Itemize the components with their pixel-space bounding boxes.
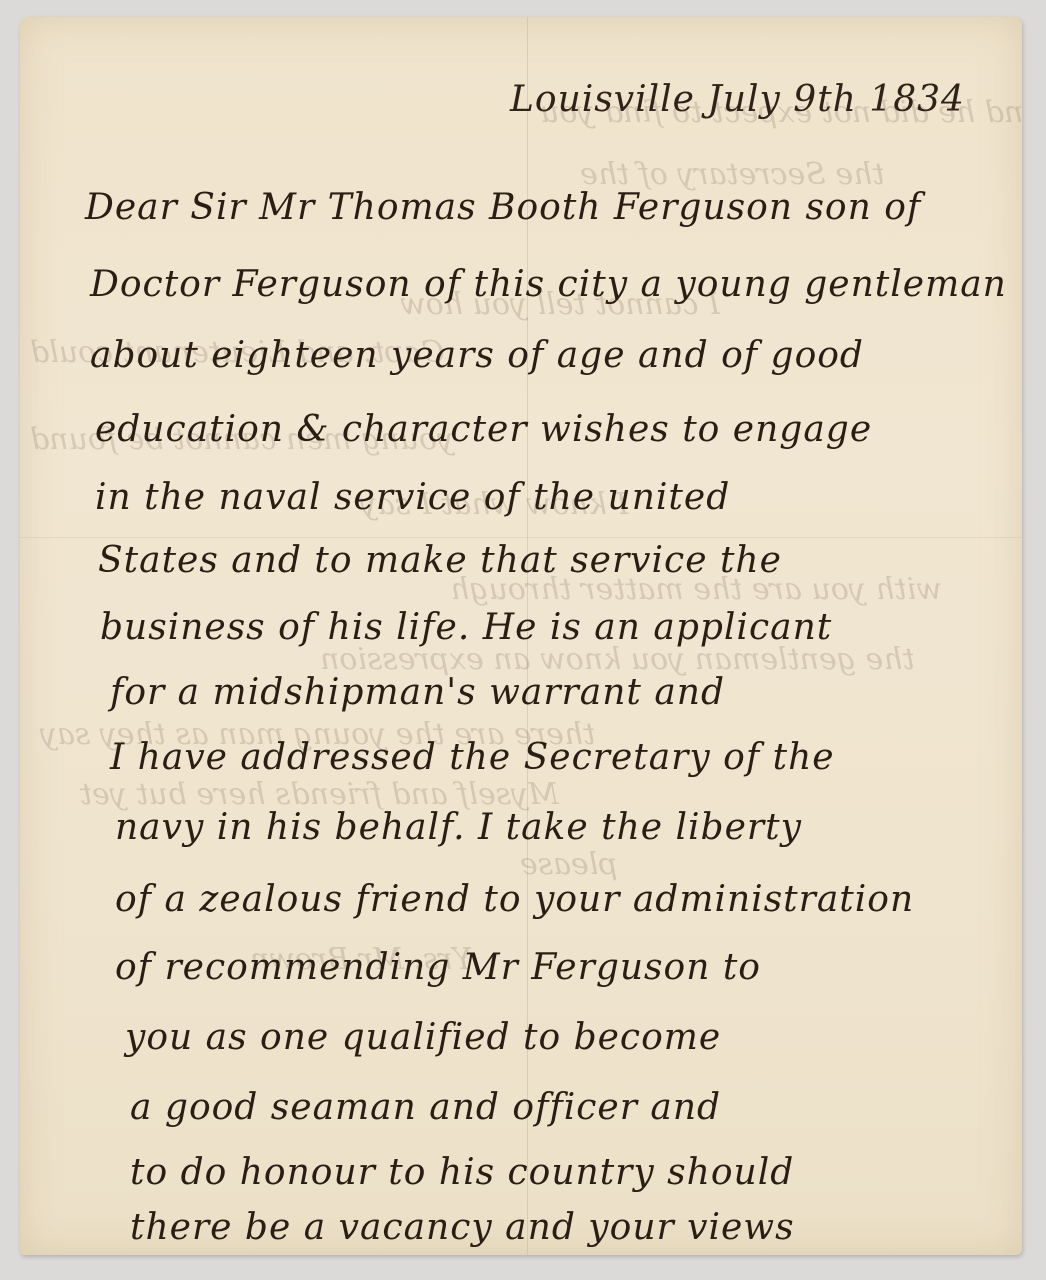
letter-line: education & character wishes to engage <box>95 409 872 450</box>
letter-line: of recommending Mr Ferguson to <box>115 947 761 988</box>
letter-line: I have addressed the Secretary of the <box>110 737 835 778</box>
letter-line: of a zealous friend to your administrati… <box>115 879 914 920</box>
letter-line: in the naval service of the united <box>95 477 730 518</box>
letter-line: you as one qualified to become <box>125 1017 721 1058</box>
paper-fold-horizontal <box>20 537 1022 538</box>
bleed-through-text: please <box>520 847 618 882</box>
letter-dateline: Louisville July 9th 1834 <box>510 79 965 120</box>
letter-line: to do honour to his country should <box>130 1152 794 1193</box>
letter-paper: nd he did not expect to find you the Sec… <box>20 17 1022 1255</box>
letter-line: navy in his behalf. I take the liberty <box>115 807 802 848</box>
letter-line: States and to make that service the <box>98 540 782 581</box>
letter-line: business of his life. He is an applicant <box>100 607 832 648</box>
letter-line: for a midshipman's warrant and <box>110 672 725 713</box>
letter-line: a good seaman and officer and <box>130 1087 721 1128</box>
letter-line: Dear Sir Mr Thomas Booth Ferguson son of <box>85 187 921 228</box>
letter-line: about eighteen years of age and of good <box>90 335 864 376</box>
letter-line: Doctor Ferguson of this city a young gen… <box>90 264 1007 305</box>
letter-line: there be a vacancy and your views <box>130 1207 795 1248</box>
